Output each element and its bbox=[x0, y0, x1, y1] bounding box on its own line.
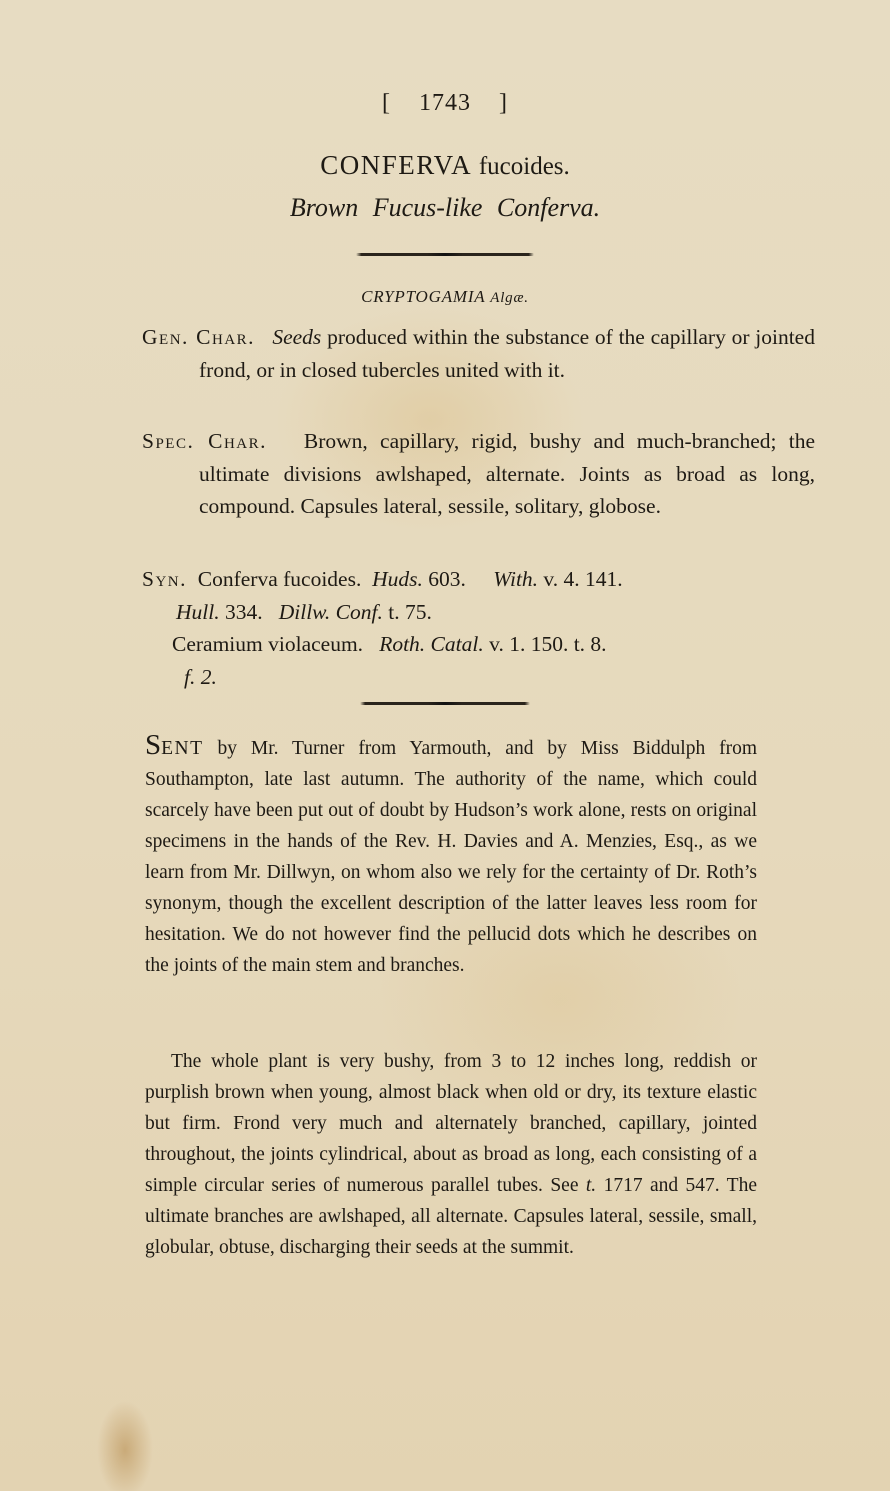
syn-ref-withering-num: v. 4. 141. bbox=[543, 567, 622, 591]
species-title: CONFERVA fucoides. bbox=[0, 150, 890, 181]
syn-ref-dillwyn: Dillw. Conf. bbox=[279, 600, 383, 624]
syn-ref-withering: With. bbox=[493, 567, 538, 591]
synonymy-line-1: Syn. Conferva fucoides. Huds. 603. With.… bbox=[142, 563, 758, 596]
classification-line: CRYPTOGAMIA Algæ. bbox=[0, 287, 890, 307]
syn-name-2: Ceramium violaceum. bbox=[172, 632, 363, 656]
page-number: [1743] bbox=[0, 90, 890, 117]
synonymy-line-4: f. 2. bbox=[142, 661, 758, 694]
ornamental-rule-bottom bbox=[360, 702, 530, 705]
description-paragraph-2: The whole plant is very bushy, from 3 to… bbox=[145, 1046, 757, 1263]
synonymy: Syn. Conferva fucoides. Huds. 603. With.… bbox=[142, 563, 758, 693]
lead-smallcaps: ENT bbox=[161, 738, 203, 759]
plate-abbrev: t. bbox=[586, 1175, 596, 1196]
generic-character: Gen. Char. Seeds produced within the sub… bbox=[142, 321, 815, 386]
syn-label: Syn. bbox=[142, 567, 187, 591]
specific-character: Spec. Char. Brown, capillary, rigid, bus… bbox=[142, 425, 815, 523]
synonymy-line-2: Hull. 334. Dillw. Conf. t. 75. bbox=[142, 596, 758, 629]
bracket-open: [ bbox=[382, 90, 391, 117]
syn-ref-roth: Roth. Catal. bbox=[379, 632, 484, 656]
syn-ref-roth-num: v. 1. 150. t. 8. bbox=[489, 632, 606, 656]
common-name: Brown Fucus-like Conferva. bbox=[0, 193, 890, 223]
paragraph-1-text: by Mr. Turner from Yarmouth, and by Miss… bbox=[145, 738, 757, 976]
gen-char-label: Gen. Char. bbox=[142, 325, 255, 349]
syn-ref-hull: Hull. bbox=[176, 600, 220, 624]
order-name: Algæ. bbox=[490, 290, 529, 306]
genus-name: CONFERVA bbox=[320, 150, 472, 180]
drop-cap: S bbox=[145, 729, 161, 761]
synonymy-line-3: Ceramium violaceum. Roth. Catal. v. 1. 1… bbox=[142, 628, 758, 661]
gen-char-lead: Seeds bbox=[272, 325, 321, 349]
spec-char-text: Brown, capillary, rigid, bushy and much-… bbox=[199, 429, 815, 518]
syn-ref-hudson: Huds. bbox=[372, 567, 423, 591]
species-name: fucoides. bbox=[479, 153, 570, 180]
ornamental-rule-top bbox=[356, 253, 534, 256]
syn-ref-hull-num: 334. bbox=[225, 600, 263, 624]
page-number-value: 1743 bbox=[419, 90, 471, 116]
syn-name-1: Conferva fucoides. bbox=[198, 567, 362, 591]
syn-ref-dillwyn-num: t. 75. bbox=[388, 600, 432, 624]
class-name: CRYPTOGAMIA bbox=[361, 287, 485, 306]
description-paragraph-1: SENT by Mr. Turner from Yarmouth, and by… bbox=[145, 733, 757, 981]
syn-ref-hudson-num: 603. bbox=[428, 567, 466, 591]
bracket-close: ] bbox=[499, 90, 508, 117]
spec-char-label: Spec. Char. bbox=[142, 429, 267, 453]
